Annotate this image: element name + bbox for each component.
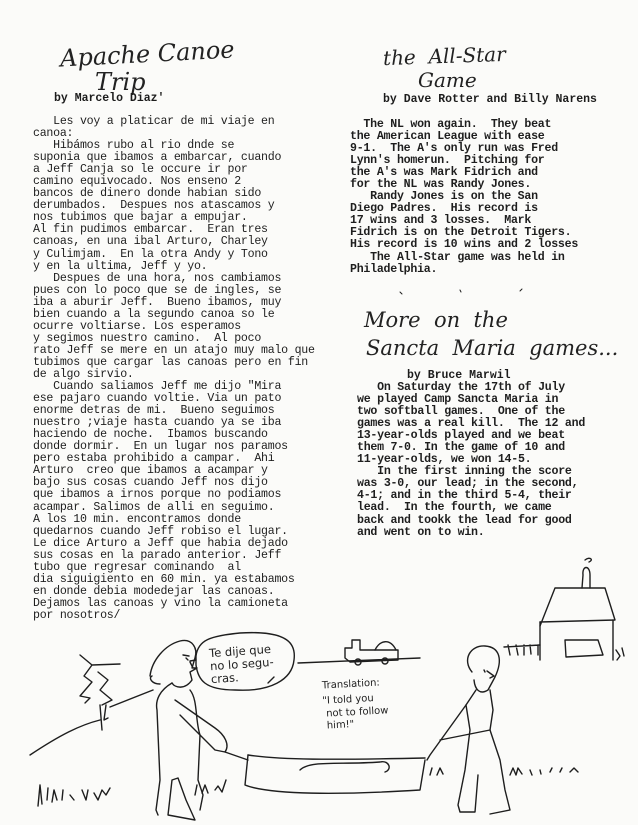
speech-bubble-text: Te dije que no lo segu- cras. <box>209 643 275 686</box>
hill-line <box>30 720 100 755</box>
canoe-icon <box>225 752 425 793</box>
pine-tree-icon <box>80 655 153 730</box>
grass-right <box>430 768 578 775</box>
cartoon-illustration <box>0 0 638 825</box>
house-icon <box>504 558 624 660</box>
grass-left <box>38 780 226 806</box>
speech-pointer <box>190 660 196 661</box>
person-right-figure <box>427 646 510 814</box>
stray-marks <box>400 289 522 294</box>
translation-text: "I told you not to follow him!" <box>322 692 389 733</box>
truck-icon <box>345 640 398 665</box>
